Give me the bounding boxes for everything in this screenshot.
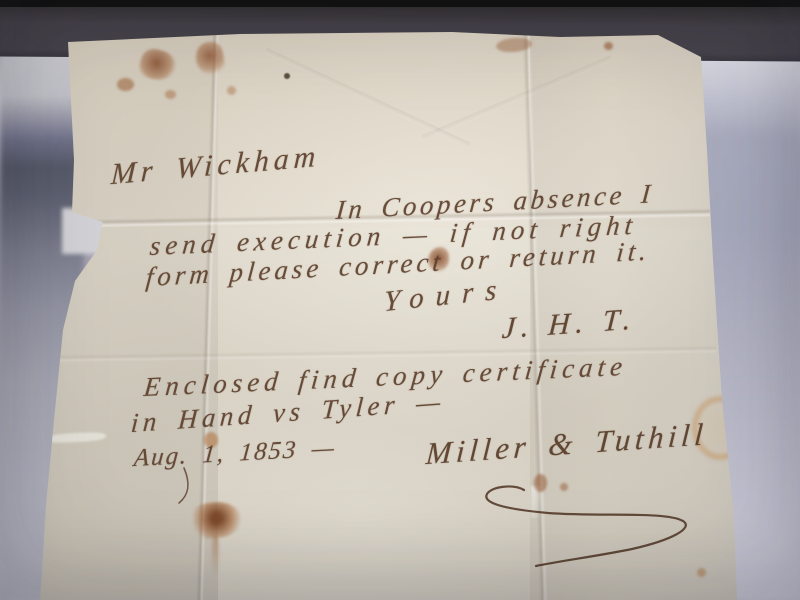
stain xyxy=(227,86,236,95)
stain-drip xyxy=(212,536,219,578)
stain xyxy=(190,499,245,542)
diagonal-crease-2 xyxy=(422,55,613,141)
stain xyxy=(697,568,706,577)
handwriting-date: Aug. 1, 1853 — xyxy=(133,435,337,471)
handwriting-salutation: Mr Wickham xyxy=(110,142,321,191)
ink-speck xyxy=(284,73,290,79)
letter-paper: Mr Wickham In Coopers absence I send exe… xyxy=(0,0,800,600)
diagonal-crease-1 xyxy=(264,48,470,149)
stain xyxy=(604,42,613,50)
stain xyxy=(193,40,226,78)
stain xyxy=(137,46,180,84)
stain xyxy=(495,36,532,53)
stain xyxy=(165,90,176,99)
torn-edge-highlight xyxy=(46,431,106,443)
handwriting-closing: Yours xyxy=(383,275,508,317)
stain xyxy=(117,78,134,91)
top-black-edge xyxy=(0,0,800,7)
letter-photograph: Mr Wickham In Coopers absence I send exe… xyxy=(0,0,800,600)
handwriting-signature: Miller & Tuthill xyxy=(425,418,709,469)
handwriting-initials: J. H. T. xyxy=(501,304,638,344)
stain xyxy=(534,474,547,492)
stain xyxy=(560,483,568,491)
